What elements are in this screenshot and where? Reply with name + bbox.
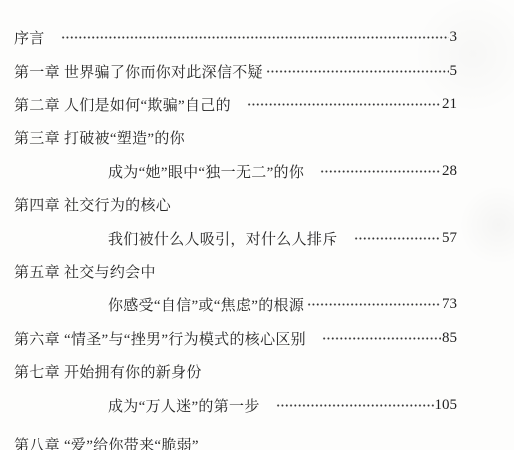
toc-entry-page: 21 xyxy=(442,96,457,113)
dot-leader xyxy=(354,228,441,248)
toc-entry-chapter-6: 第六章 “情圣”与“挫男”行为模式的核心区别 85 xyxy=(14,328,457,348)
toc-entry-label: 第四章 社交行为的核心 xyxy=(14,194,171,215)
toc-entry-label: 第五章 社交与约会中 xyxy=(14,261,156,282)
toc-list: 序言 3 第一章 世界骗了你而你对此深信不疑 5 第二章 人们是如何“欺骗”自己… xyxy=(14,0,457,450)
dot-leader xyxy=(276,395,434,415)
toc-entry-chapter-1: 第一章 世界骗了你而你对此深信不疑 5 xyxy=(14,61,457,81)
toc-page: 序言 3 第一章 世界骗了你而你对此深信不疑 5 第二章 人们是如何“欺骗”自己… xyxy=(0,0,514,450)
toc-entry-page: 105 xyxy=(435,397,458,414)
toc-entry-preface: 序言 3 xyxy=(14,27,457,47)
toc-entry-chapter-8: 第八章 “爱”给你带来“脆弱” xyxy=(14,434,457,450)
toc-entry-chapter-7-subtitle: 成为“万人迷”的第一步 105 xyxy=(14,395,457,415)
toc-entry-chapter-5-subtitle: 你感受“自信”或“焦虑”的根源 73 xyxy=(14,294,457,314)
toc-entry-label: 第七章 开始拥有你的新身份 xyxy=(14,361,202,382)
toc-entry-page: 73 xyxy=(442,296,457,313)
toc-entry-label: 第八章 “爱”给你带来“脆弱” xyxy=(14,434,199,450)
toc-entry-page: 57 xyxy=(442,230,457,247)
toc-entry-label: 第六章 “情圣”与“挫男”行为模式的核心区别 xyxy=(14,328,306,349)
toc-entry-label: 序言 xyxy=(14,27,45,48)
toc-entry-page: 5 xyxy=(450,63,458,80)
toc-entry-chapter-3: 第三章 打破被“塑造”的你 xyxy=(14,127,457,147)
toc-entry-chapter-2: 第二章 人们是如何“欺骗”自己的 21 xyxy=(14,94,457,114)
toc-entry-label: 我们被什么人吸引，对什么人排斥 xyxy=(108,228,338,249)
toc-entry-label: 第三章 打破被“塑造”的你 xyxy=(14,127,185,148)
dot-leader xyxy=(61,27,449,47)
dot-leader xyxy=(307,294,441,314)
toc-entry-label: 成为“万人迷”的第一步 xyxy=(108,395,260,416)
toc-entry-chapter-4-subtitle: 我们被什么人吸引，对什么人排斥 57 xyxy=(14,228,457,248)
dot-leader xyxy=(247,94,441,114)
toc-entry-label: 第一章 世界骗了你而你对此深信不疑 xyxy=(14,61,263,82)
toc-entry-chapter-3-subtitle: 成为“她”眼中“独一无二”的你 28 xyxy=(14,161,457,181)
toc-entry-label: 你感受“自信”或“焦虑”的根源 xyxy=(108,294,304,315)
dot-leader xyxy=(266,61,449,81)
toc-entry-chapter-5: 第五章 社交与约会中 xyxy=(14,261,457,281)
toc-entry-chapter-4: 第四章 社交行为的核心 xyxy=(14,194,457,214)
toc-entry-chapter-7: 第七章 开始拥有你的新身份 xyxy=(14,361,457,381)
toc-entry-page: 3 xyxy=(450,29,458,46)
toc-entry-page: 28 xyxy=(442,163,457,180)
toc-entry-label: 成为“她”眼中“独一无二”的你 xyxy=(108,161,304,182)
toc-entry-label: 第二章 人们是如何“欺骗”自己的 xyxy=(14,94,231,115)
dot-leader xyxy=(320,161,441,181)
dot-leader xyxy=(322,328,441,348)
toc-entry-page: 85 xyxy=(442,330,457,347)
